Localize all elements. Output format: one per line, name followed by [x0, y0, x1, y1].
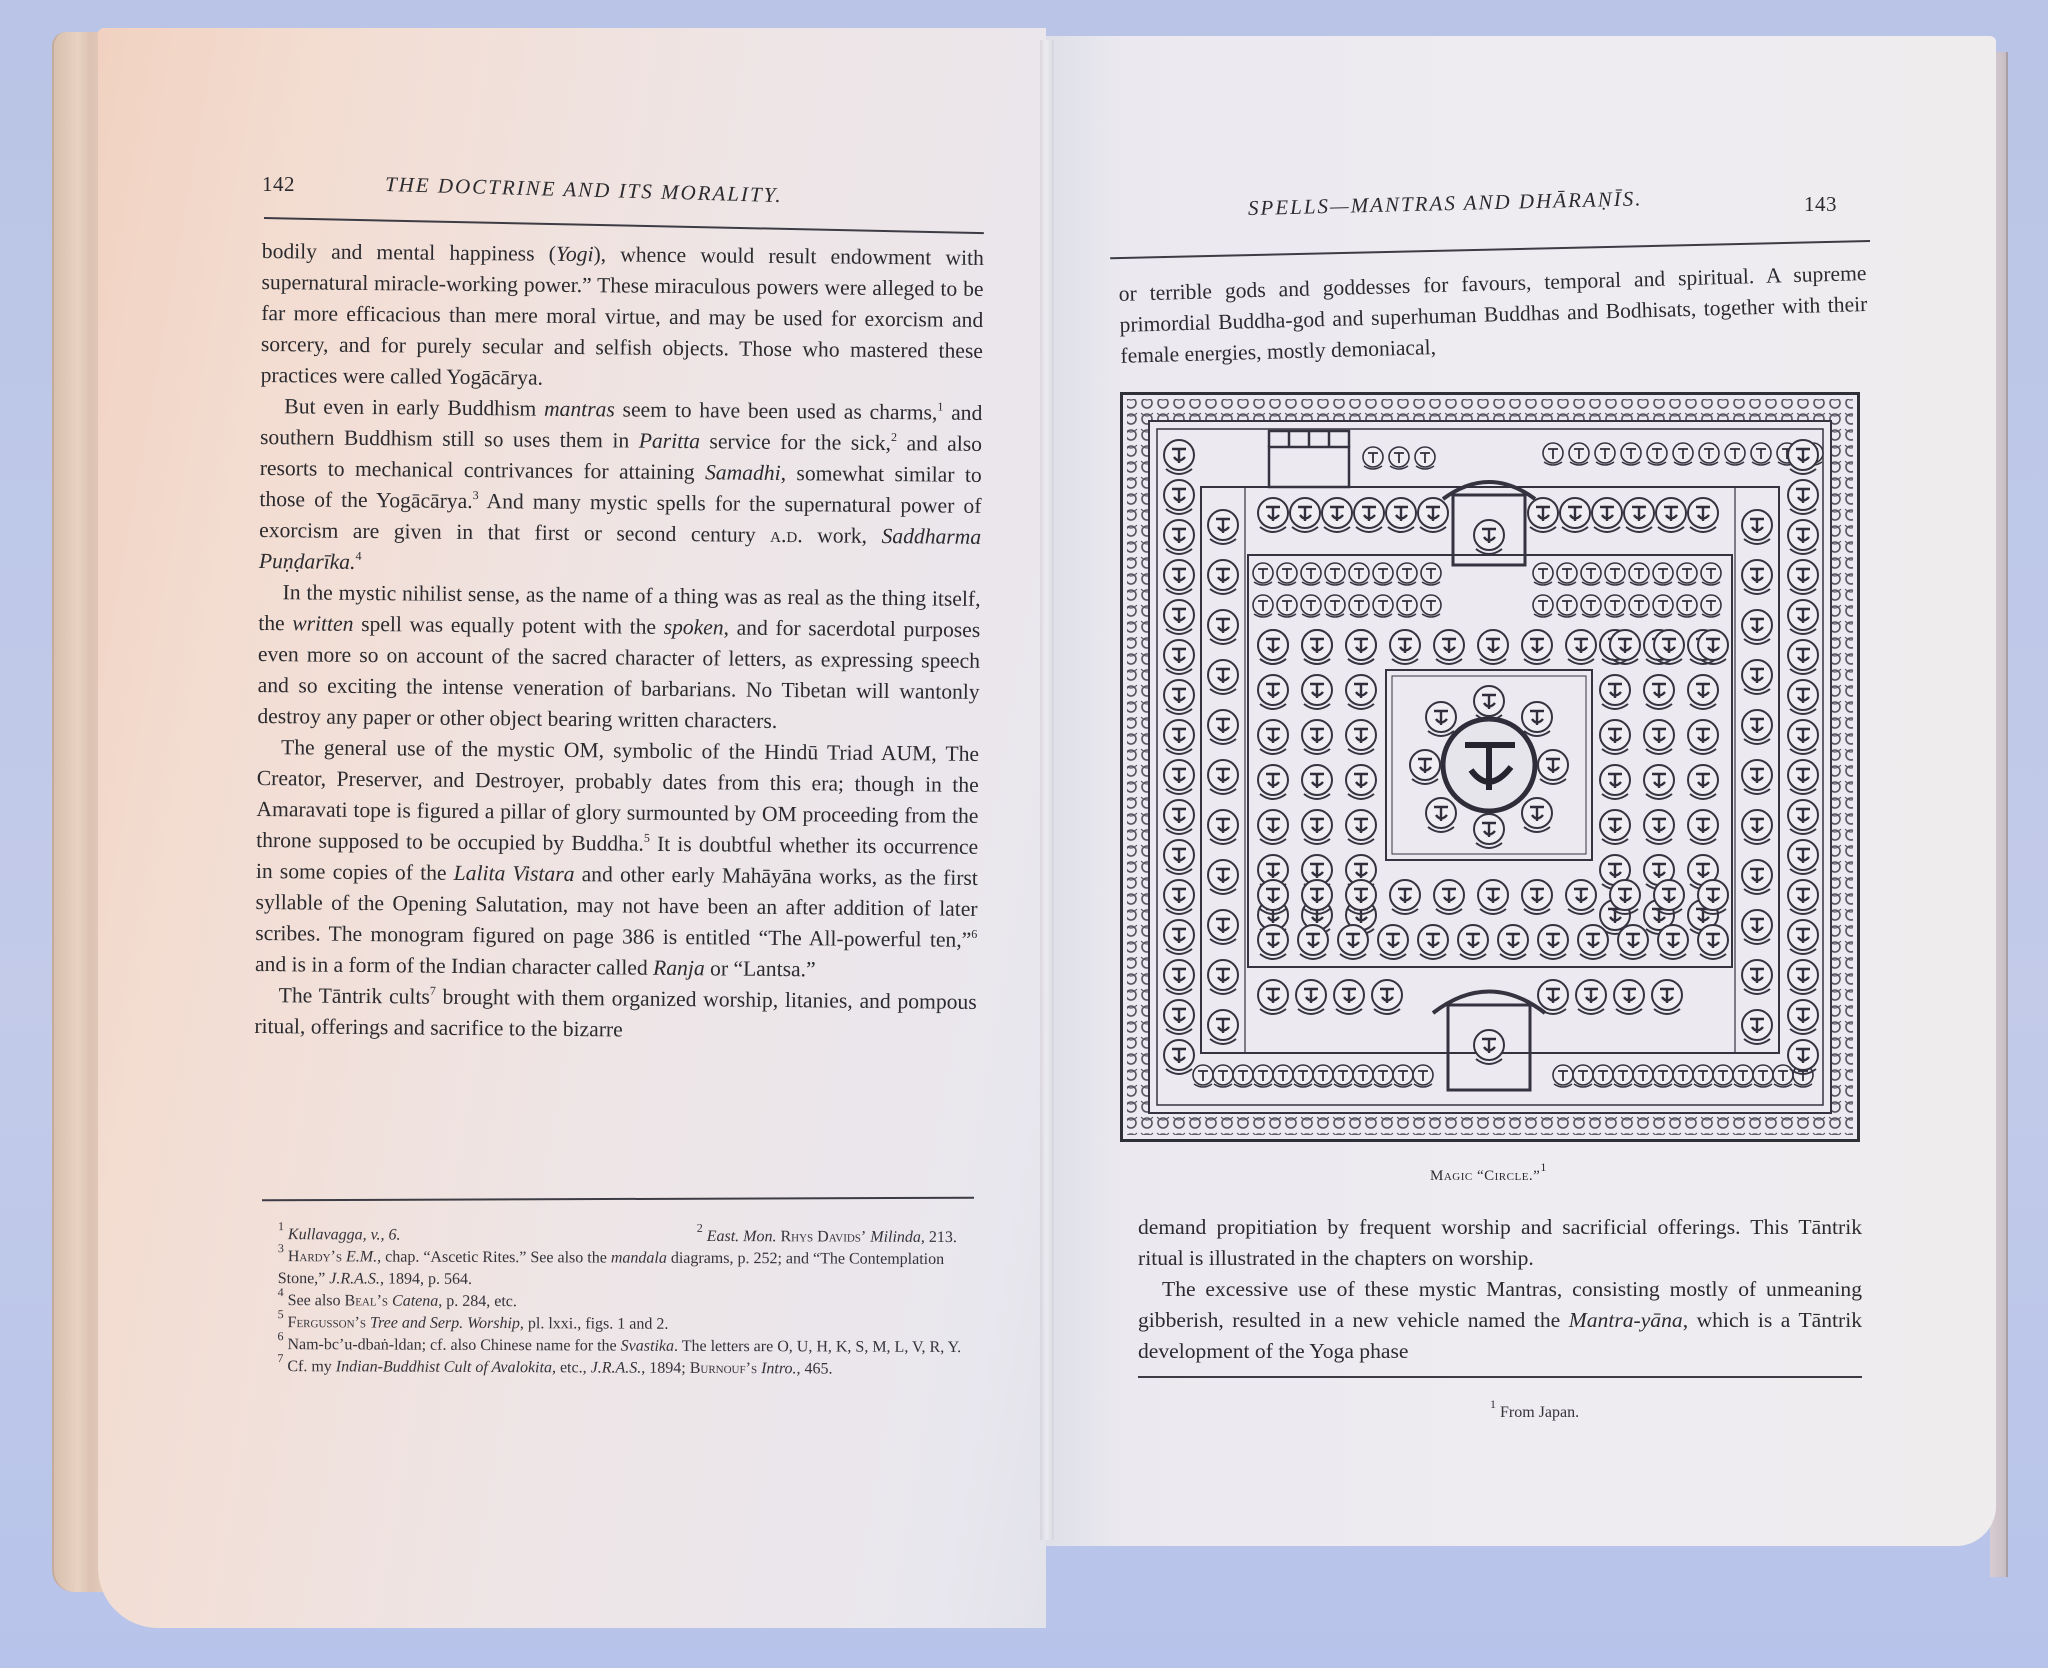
left-paragraph-4: The general use of the mystic OM, symbol…: [255, 732, 979, 987]
footnote-ref: 3: [473, 488, 479, 502]
left-footnotes: 1 Kullavagga, v., 6. 2 East. Mon. Rhys D…: [261, 1224, 977, 1381]
footnote-ref: 5: [644, 831, 650, 845]
magic-circle-figure: [1120, 392, 1860, 1142]
left-paragraph-1: bodily and mental happiness (Yogi), when…: [261, 236, 984, 398]
right-paragraph-2: The excessive use of these mystic Mantra…: [1138, 1274, 1862, 1367]
book-gutter: [1040, 40, 1054, 1540]
footnote-6: 6 Nam-bc’u-dbaṅ-ldan; cf. also Chinese n…: [261, 1334, 976, 1359]
footnote-ref: 1: [937, 399, 943, 413]
right-page-number: 143: [1804, 192, 1837, 217]
right-paragraph-1: demand propitiation by frequent worship …: [1138, 1212, 1862, 1274]
left-body-text: bodily and mental happiness (Yogi), when…: [254, 236, 984, 1049]
footnote-ref: 6: [971, 927, 977, 941]
mandala-illustration: [1123, 395, 1857, 1139]
right-footnote-rule: [1138, 1376, 1862, 1378]
left-paragraph-5: The Tāntrik cults7 brought with them org…: [254, 980, 977, 1049]
footnote-3: 3 Hardy’s E.M., chap. “Ascetic Rites.” S…: [262, 1246, 977, 1293]
footnote-7: 7 Cf. my Indian-Buddhist Cult of Avaloki…: [261, 1356, 976, 1381]
left-paragraph-3: In the mystic nihilist sense, as the nam…: [257, 577, 980, 739]
footnote-4: 4 See also Beal’s Catena, p. 284, etc.: [262, 1290, 977, 1315]
right-body-text: demand propitiation by frequent worship …: [1138, 1212, 1862, 1367]
footnote-ref: 4: [355, 549, 361, 563]
footnote-5: 5 Fergusson’s Tree and Serp. Worship, pl…: [262, 1312, 977, 1337]
footnote-row-1-2: 1 Kullavagga, v., 6. 2 East. Mon. Rhys D…: [262, 1224, 977, 1249]
figure-caption: Magic “Circle.”1: [1430, 1167, 1547, 1185]
left-paragraph-2: But even in early Buddhism mantras seem …: [259, 391, 983, 584]
left-page-number: 142: [262, 172, 295, 197]
footnote-2: 2 East. Mon. Rhys Davids’ Milinda, 213.: [697, 1226, 977, 1249]
right-footnote: 1 From Japan.: [1490, 1402, 1579, 1424]
footnote-ref: 7: [430, 984, 436, 998]
footnote-ref: 2: [891, 430, 897, 444]
